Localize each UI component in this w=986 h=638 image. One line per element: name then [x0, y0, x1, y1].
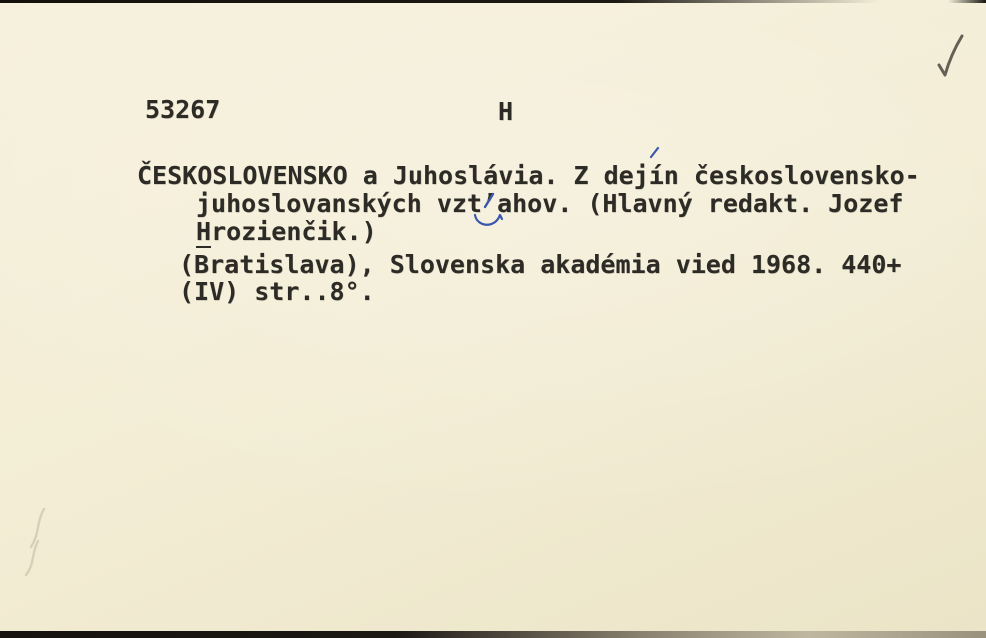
accent-mark-icon: [646, 146, 662, 160]
section-letter: H: [498, 98, 513, 126]
title-line-2-after: ahov. (Hlavný redakt. Jozef: [497, 189, 903, 218]
scan-edge-top: [0, 0, 880, 3]
editor-initial-underlined: H: [196, 217, 211, 248]
scan-edge-bottom: [0, 631, 986, 638]
checkmark-icon: [922, 26, 972, 84]
title-line-3-rest: rozienčik.): [211, 217, 377, 246]
call-number: 53267: [145, 96, 220, 124]
insertion-mark-icon: [470, 192, 508, 234]
title-line-1: ČESKOSLOVENSKO a Juhoslávia. Z dejín čes…: [137, 162, 920, 190]
catalog-card: 53267 H ČESKOSLOVENSKO a Juhoslávia. Z d…: [0, 0, 986, 638]
imprint-line-1: (Bratislava), Slovenska akadémia vied 19…: [179, 251, 901, 279]
faint-pencil-mark-icon: [14, 503, 54, 583]
imprint-line-2: (IV) str..8°.: [179, 278, 375, 306]
title-line-2: juhoslovanských vzt’ahov. (Hlavný redakt…: [196, 190, 903, 218]
scan-edge-top-right: [948, 0, 986, 3]
title-line-3: Hrozienčik.): [196, 218, 377, 246]
title-line-2-before: juhoslovanských vzt: [196, 189, 482, 218]
